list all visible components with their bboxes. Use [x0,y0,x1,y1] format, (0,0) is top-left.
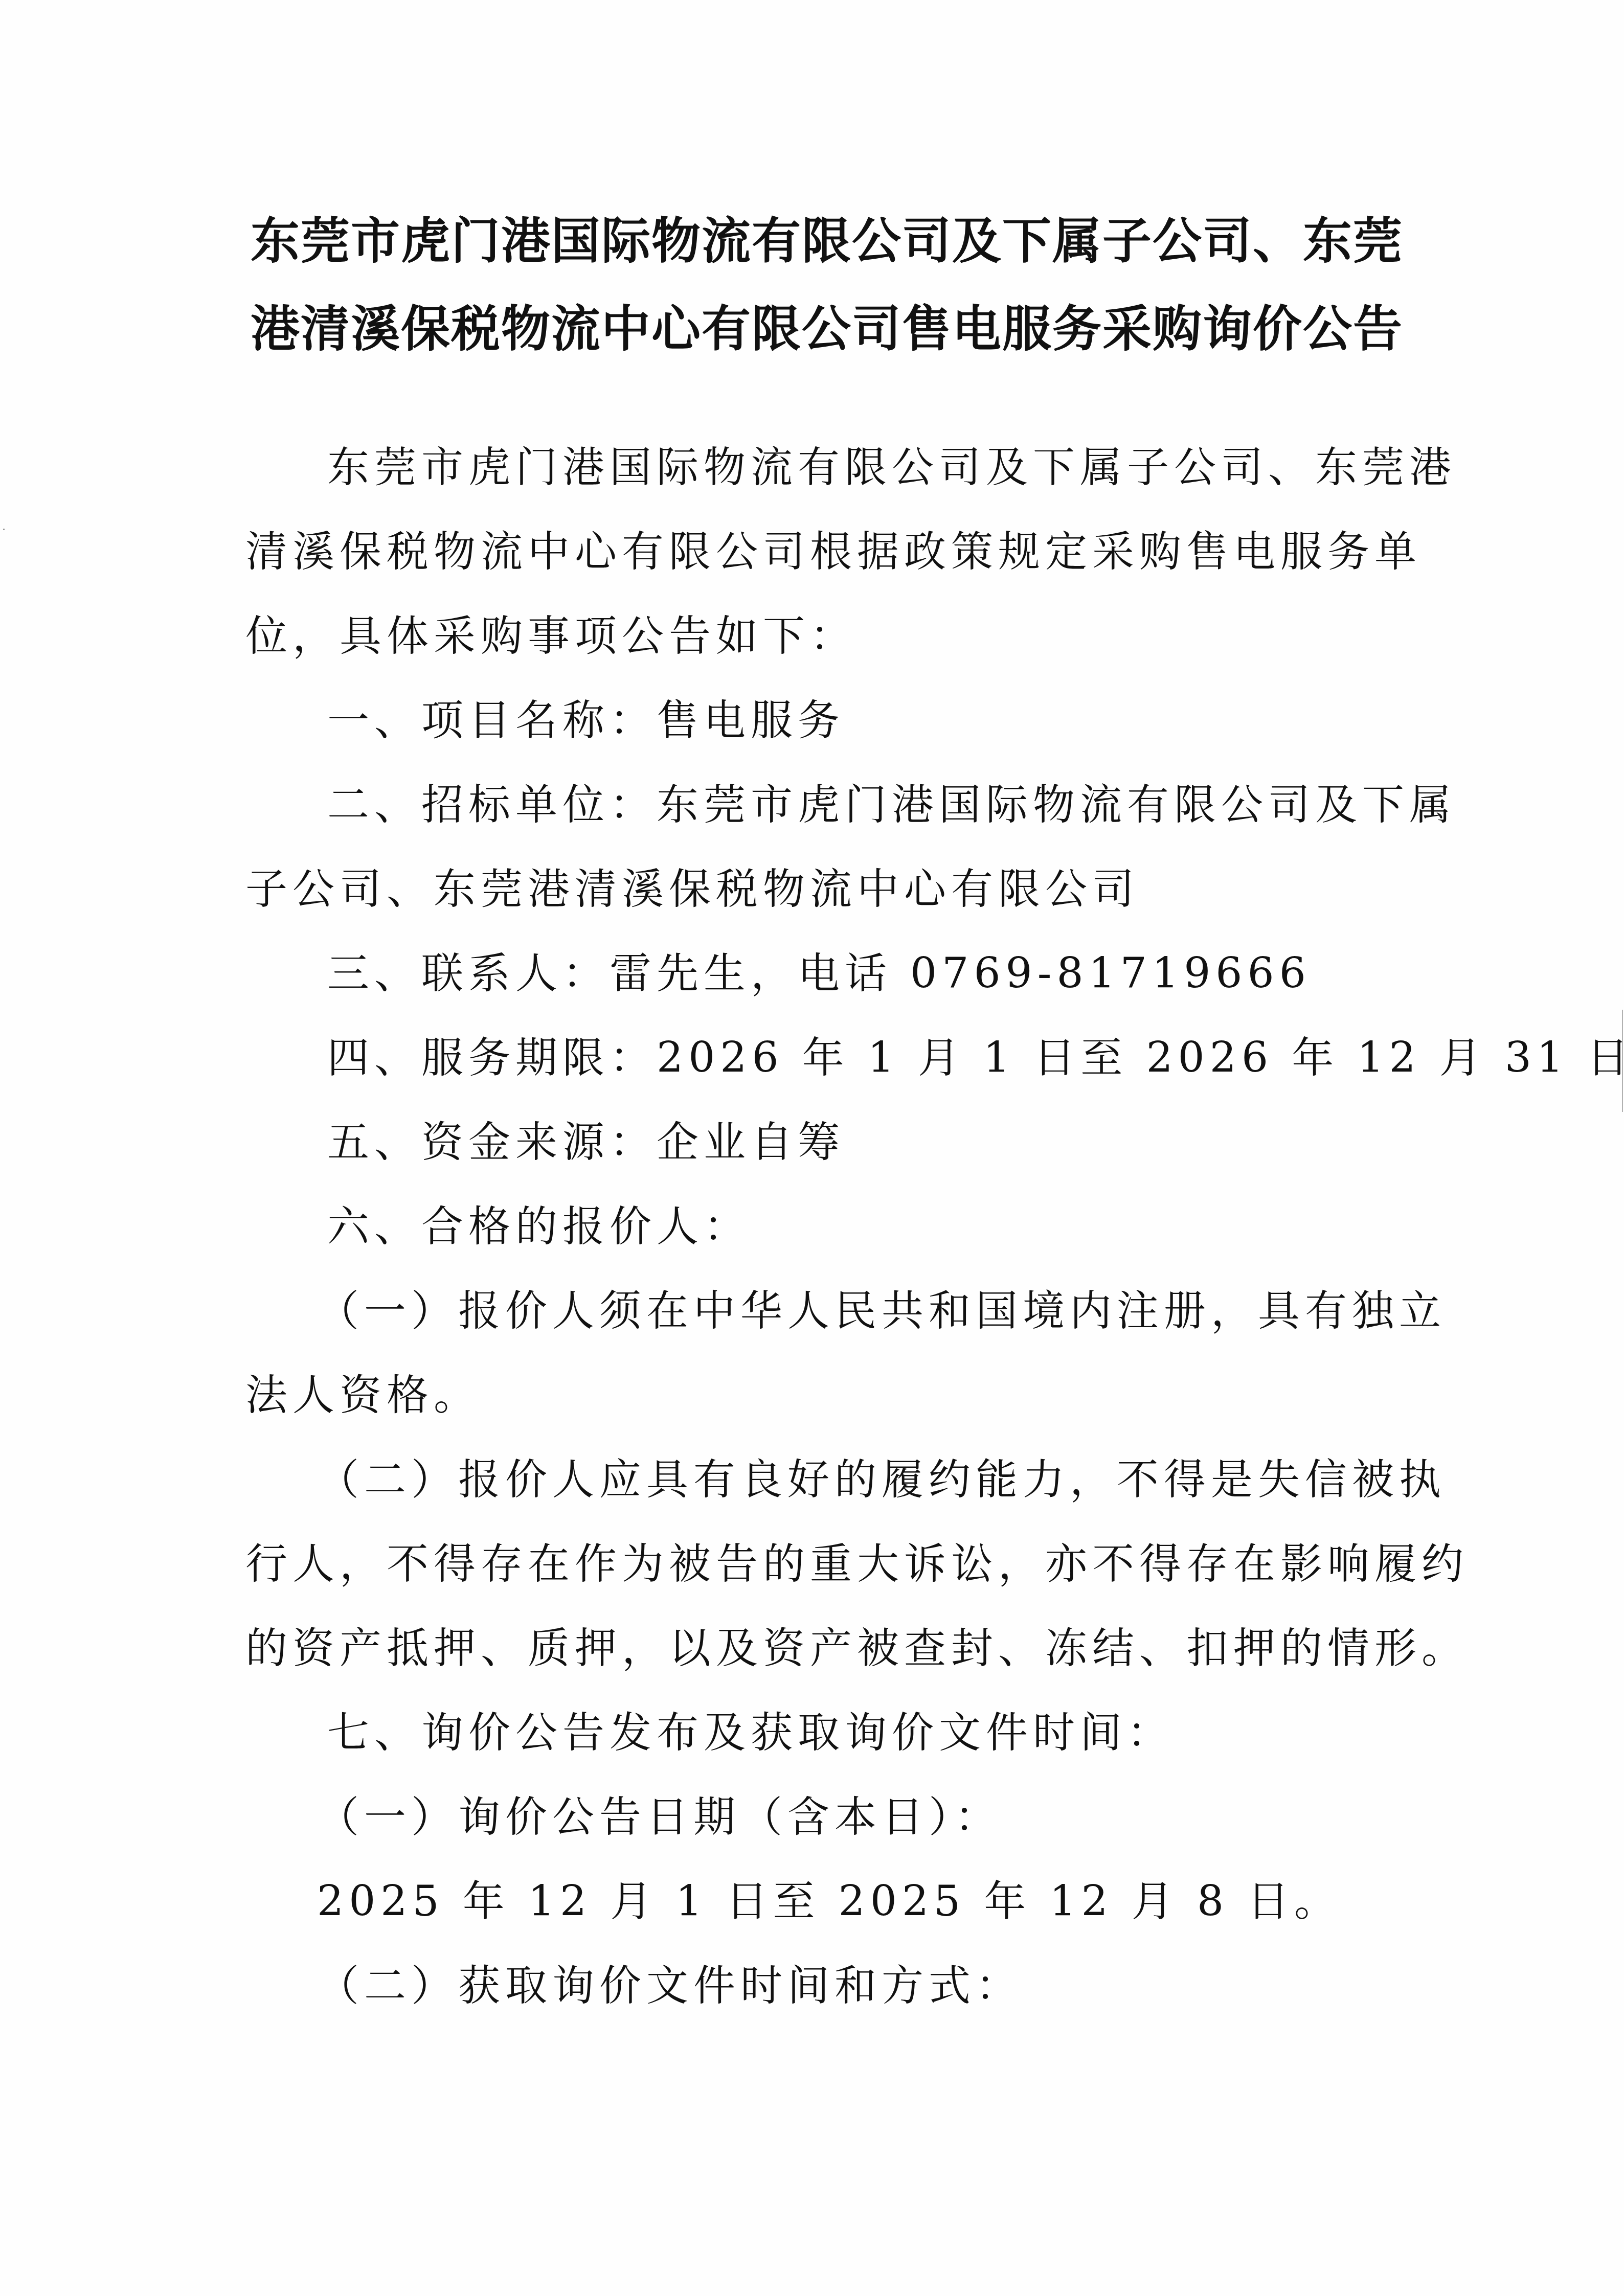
scan-dot-mark [3,529,5,530]
scan-edge-mark [1622,1010,1623,1112]
bidder-req-2-line-2: 行人，不得存在作为被告的重大诉讼，亦不得存在影响履约 [245,1539,1381,1590]
section-tender-unit-line-1: 二、招标单位：东莞市虎门港国际物流有限公司及下属 [327,780,1381,831]
bidder-req-1-line-2: 法人资格。 [245,1370,1381,1421]
section-service-period: 四、服务期限：2026 年 1 月 1 日至 2026 年 12 月 31 日 [327,1033,1381,1084]
announcement-date-range: 2025 年 12 月 1 日至 2025 年 12 月 8 日。 [317,1876,1381,1927]
bidder-req-1-line-1: （一）报价人须在中华人民共和国境内注册，具有独立 [317,1286,1381,1337]
section-funding-source: 五、资金来源：企业自筹 [327,1117,1381,1168]
intro-line-2: 清溪保税物流中心有限公司根据政策规定采购售电服务单 [245,527,1381,578]
obtain-documents-label: （二）获取询价文件时间和方式： [317,1961,1381,2012]
bidder-req-2-line-3: 的资产抵押、质押，以及资产被查封、冻结、扣押的情形。 [245,1623,1381,1674]
intro-line-1: 东莞市虎门港国际物流有限公司及下属子公司、东莞港 [327,442,1381,493]
announcement-date-label: （一）询价公告日期（含本日）： [317,1792,1381,1843]
document-page: 东莞市虎门港国际物流有限公司及下属子公司、东莞 港清溪保税物流中心有限公司售电服… [0,0,1624,2296]
bidder-req-2-line-1: （二）报价人应具有良好的履约能力，不得是失信被执 [317,1454,1381,1506]
section-qualified-bidders: 六、合格的报价人： [327,1201,1381,1253]
section-tender-unit-line-2: 子公司、东莞港清溪保税物流中心有限公司 [245,864,1381,915]
section-announcement-timing: 七、询价公告发布及获取询价文件时间： [327,1708,1381,1759]
intro-line-3: 位，具体采购事项公告如下： [245,611,1381,662]
title-line-2: 港清溪保税物流中心有限公司售电服务采购询价公告 [251,285,1386,373]
document-title: 东莞市虎门港国际物流有限公司及下属子公司、东莞 港清溪保税物流中心有限公司售电服… [251,197,1386,373]
section-project-name: 一、项目名称：售电服务 [327,695,1381,746]
section-contact: 三、联系人：雷先生，电话 0769-81719666 [327,948,1381,999]
title-line-1: 东莞市虎门港国际物流有限公司及下属子公司、东莞 [251,197,1386,285]
